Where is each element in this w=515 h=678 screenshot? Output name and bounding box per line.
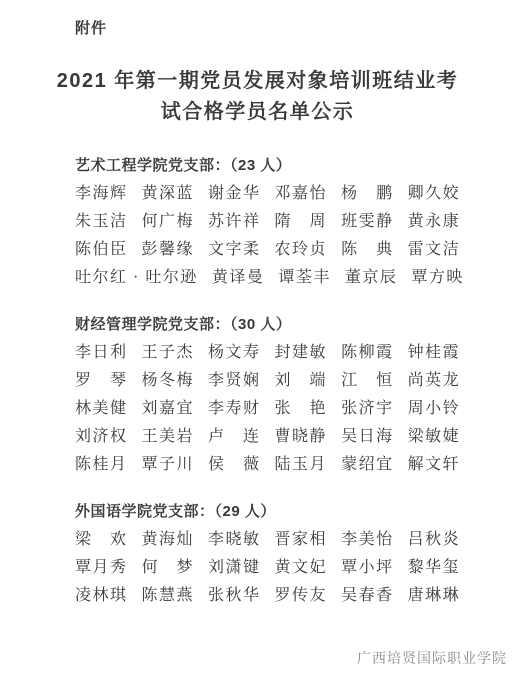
document-title-line1: 2021 年第一期党员发展对象培训班结业考 xyxy=(0,66,515,97)
student-name: 陈桂月 xyxy=(75,451,128,479)
student-name: 封建敏 xyxy=(275,339,328,367)
student-name: 李海辉 xyxy=(75,180,128,208)
student-name: 陈伯臣 xyxy=(75,236,128,264)
student-name: 刘潇键 xyxy=(208,554,261,582)
student-name: 吕秋炎 xyxy=(408,526,461,554)
document-title-line2: 试合格学员名单公示 xyxy=(0,97,515,128)
name-row: 陈桂月覃子川侯 薇陆玉月蒙绍宜解文轩 xyxy=(75,451,460,479)
student-name: 侯 薇 xyxy=(208,451,261,479)
student-name: 陈 典 xyxy=(341,236,394,264)
name-row: 朱玉洁何广梅苏许祥隋 周班雯静黄永康 xyxy=(75,208,460,236)
name-row: 罗 琴杨冬梅李贤娴刘 端江 恒尚英龙 xyxy=(75,367,460,395)
party-branch-section: 财经管理学院党支部：（30 人）李日利王子杰杨文寿封建敏陈柳霞钟桂霞罗 琴杨冬梅… xyxy=(75,311,460,479)
student-name: 李美怡 xyxy=(341,526,394,554)
student-name: 晋家相 xyxy=(275,526,328,554)
student-name: 唐琳琳 xyxy=(408,582,461,610)
student-name: 杨冬梅 xyxy=(142,367,195,395)
student-name: 吐尔红 · 吐尔逊 xyxy=(75,264,198,292)
student-name: 蒙绍宜 xyxy=(341,451,394,479)
student-name: 刘 端 xyxy=(275,367,328,395)
student-name: 黄海灿 xyxy=(142,526,195,554)
student-name: 卿久姣 xyxy=(408,180,461,208)
student-name: 陆玉月 xyxy=(275,451,328,479)
student-name: 王美岩 xyxy=(142,423,195,451)
name-list-sections: 艺术工程学院党支部：（23 人）李海辉黄深蓝谢金华邓嘉怡杨 鹏卿久姣朱玉洁何广梅… xyxy=(75,152,460,610)
student-name: 黄文妃 xyxy=(275,554,328,582)
student-name: 黄深蓝 xyxy=(142,180,195,208)
student-name: 凌林琪 xyxy=(75,582,128,610)
student-name: 杨文寿 xyxy=(208,339,261,367)
name-row: 凌林琪陈慧燕张秋华罗传友吴春香唐琳琳 xyxy=(75,582,460,610)
student-name: 林美健 xyxy=(75,395,128,423)
name-row: 刘济权王美岩卢 连曹晓静吴日海梁敏婕 xyxy=(75,423,460,451)
name-row: 李海辉黄深蓝谢金华邓嘉怡杨 鹏卿久姣 xyxy=(75,180,460,208)
student-name: 李日利 xyxy=(75,339,128,367)
student-name: 隋 周 xyxy=(275,208,328,236)
student-name: 李晓敏 xyxy=(208,526,261,554)
student-name: 陈柳霞 xyxy=(341,339,394,367)
student-name: 李寿财 xyxy=(208,395,261,423)
student-name: 张 艳 xyxy=(275,395,328,423)
student-name: 吴春香 xyxy=(341,582,394,610)
attachment-label: 附件 xyxy=(75,17,107,38)
student-name: 陈慧燕 xyxy=(142,582,195,610)
student-name: 梁 欢 xyxy=(75,526,128,554)
student-name: 刘济权 xyxy=(75,423,128,451)
student-name: 周小铃 xyxy=(408,395,461,423)
name-row: 李日利王子杰杨文寿封建敏陈柳霞钟桂霞 xyxy=(75,339,460,367)
student-name: 解文轩 xyxy=(408,451,461,479)
student-name: 梁敏婕 xyxy=(408,423,461,451)
student-name: 黎华玺 xyxy=(408,554,461,582)
student-name: 朱玉洁 xyxy=(75,208,128,236)
student-name: 覃小坪 xyxy=(341,554,394,582)
student-name: 曹晓静 xyxy=(275,423,328,451)
student-name: 张济宇 xyxy=(341,395,394,423)
footer-watermark: 广西培贤国际职业学院 xyxy=(357,648,507,668)
student-name: 江 恒 xyxy=(341,367,394,395)
student-name: 董京辰 xyxy=(345,264,398,292)
document-title: 2021 年第一期党员发展对象培训班结业考 试合格学员名单公示 xyxy=(0,66,515,128)
name-row: 陈伯臣彭馨缘文字柔农玲贞陈 典雷文洁 xyxy=(75,236,460,264)
student-name: 谭荃丰 xyxy=(278,264,331,292)
student-name: 何广梅 xyxy=(142,208,195,236)
student-name: 黄译曼 xyxy=(212,264,265,292)
student-name: 王子杰 xyxy=(142,339,195,367)
party-branch-section: 外国语学院党支部：（29 人）梁 欢黄海灿李晓敏晋家相李美怡吕秋炎覃月秀何 梦刘… xyxy=(75,498,460,610)
name-row: 覃月秀何 梦刘潇键黄文妃覃小坪黎华玺 xyxy=(75,554,460,582)
student-name: 杨 鹏 xyxy=(341,180,394,208)
student-name: 覃方映 xyxy=(411,264,464,292)
section-header: 外国语学院党支部：（29 人） xyxy=(75,498,460,526)
student-name: 吴日海 xyxy=(341,423,394,451)
student-name: 罗 琴 xyxy=(75,367,128,395)
student-name: 谢金华 xyxy=(208,180,261,208)
name-row: 梁 欢黄海灿李晓敏晋家相李美怡吕秋炎 xyxy=(75,526,460,554)
student-name: 邓嘉怡 xyxy=(275,180,328,208)
party-branch-section: 艺术工程学院党支部：（23 人）李海辉黄深蓝谢金华邓嘉怡杨 鹏卿久姣朱玉洁何广梅… xyxy=(75,152,460,292)
student-name: 罗传友 xyxy=(275,582,328,610)
student-name: 苏许祥 xyxy=(208,208,261,236)
student-name: 李贤娴 xyxy=(208,367,261,395)
student-name: 彭馨缘 xyxy=(142,236,195,264)
section-header: 艺术工程学院党支部：（23 人） xyxy=(75,152,460,180)
student-name: 农玲贞 xyxy=(275,236,328,264)
student-name: 尚英龙 xyxy=(408,367,461,395)
student-name: 文字柔 xyxy=(208,236,261,264)
student-name: 刘嘉宜 xyxy=(142,395,195,423)
name-row: 吐尔红 · 吐尔逊黄译曼谭荃丰董京辰覃方映 xyxy=(75,264,460,292)
student-name: 钟桂霞 xyxy=(408,339,461,367)
name-row: 林美健刘嘉宜李寿财张 艳张济宇周小铃 xyxy=(75,395,460,423)
student-name: 张秋华 xyxy=(208,582,261,610)
student-name: 覃子川 xyxy=(142,451,195,479)
student-name: 卢 连 xyxy=(208,423,261,451)
student-name: 雷文洁 xyxy=(408,236,461,264)
student-name: 班雯静 xyxy=(341,208,394,236)
section-header: 财经管理学院党支部：（30 人） xyxy=(75,311,460,339)
student-name: 何 梦 xyxy=(142,554,195,582)
student-name: 覃月秀 xyxy=(75,554,128,582)
student-name: 黄永康 xyxy=(408,208,461,236)
